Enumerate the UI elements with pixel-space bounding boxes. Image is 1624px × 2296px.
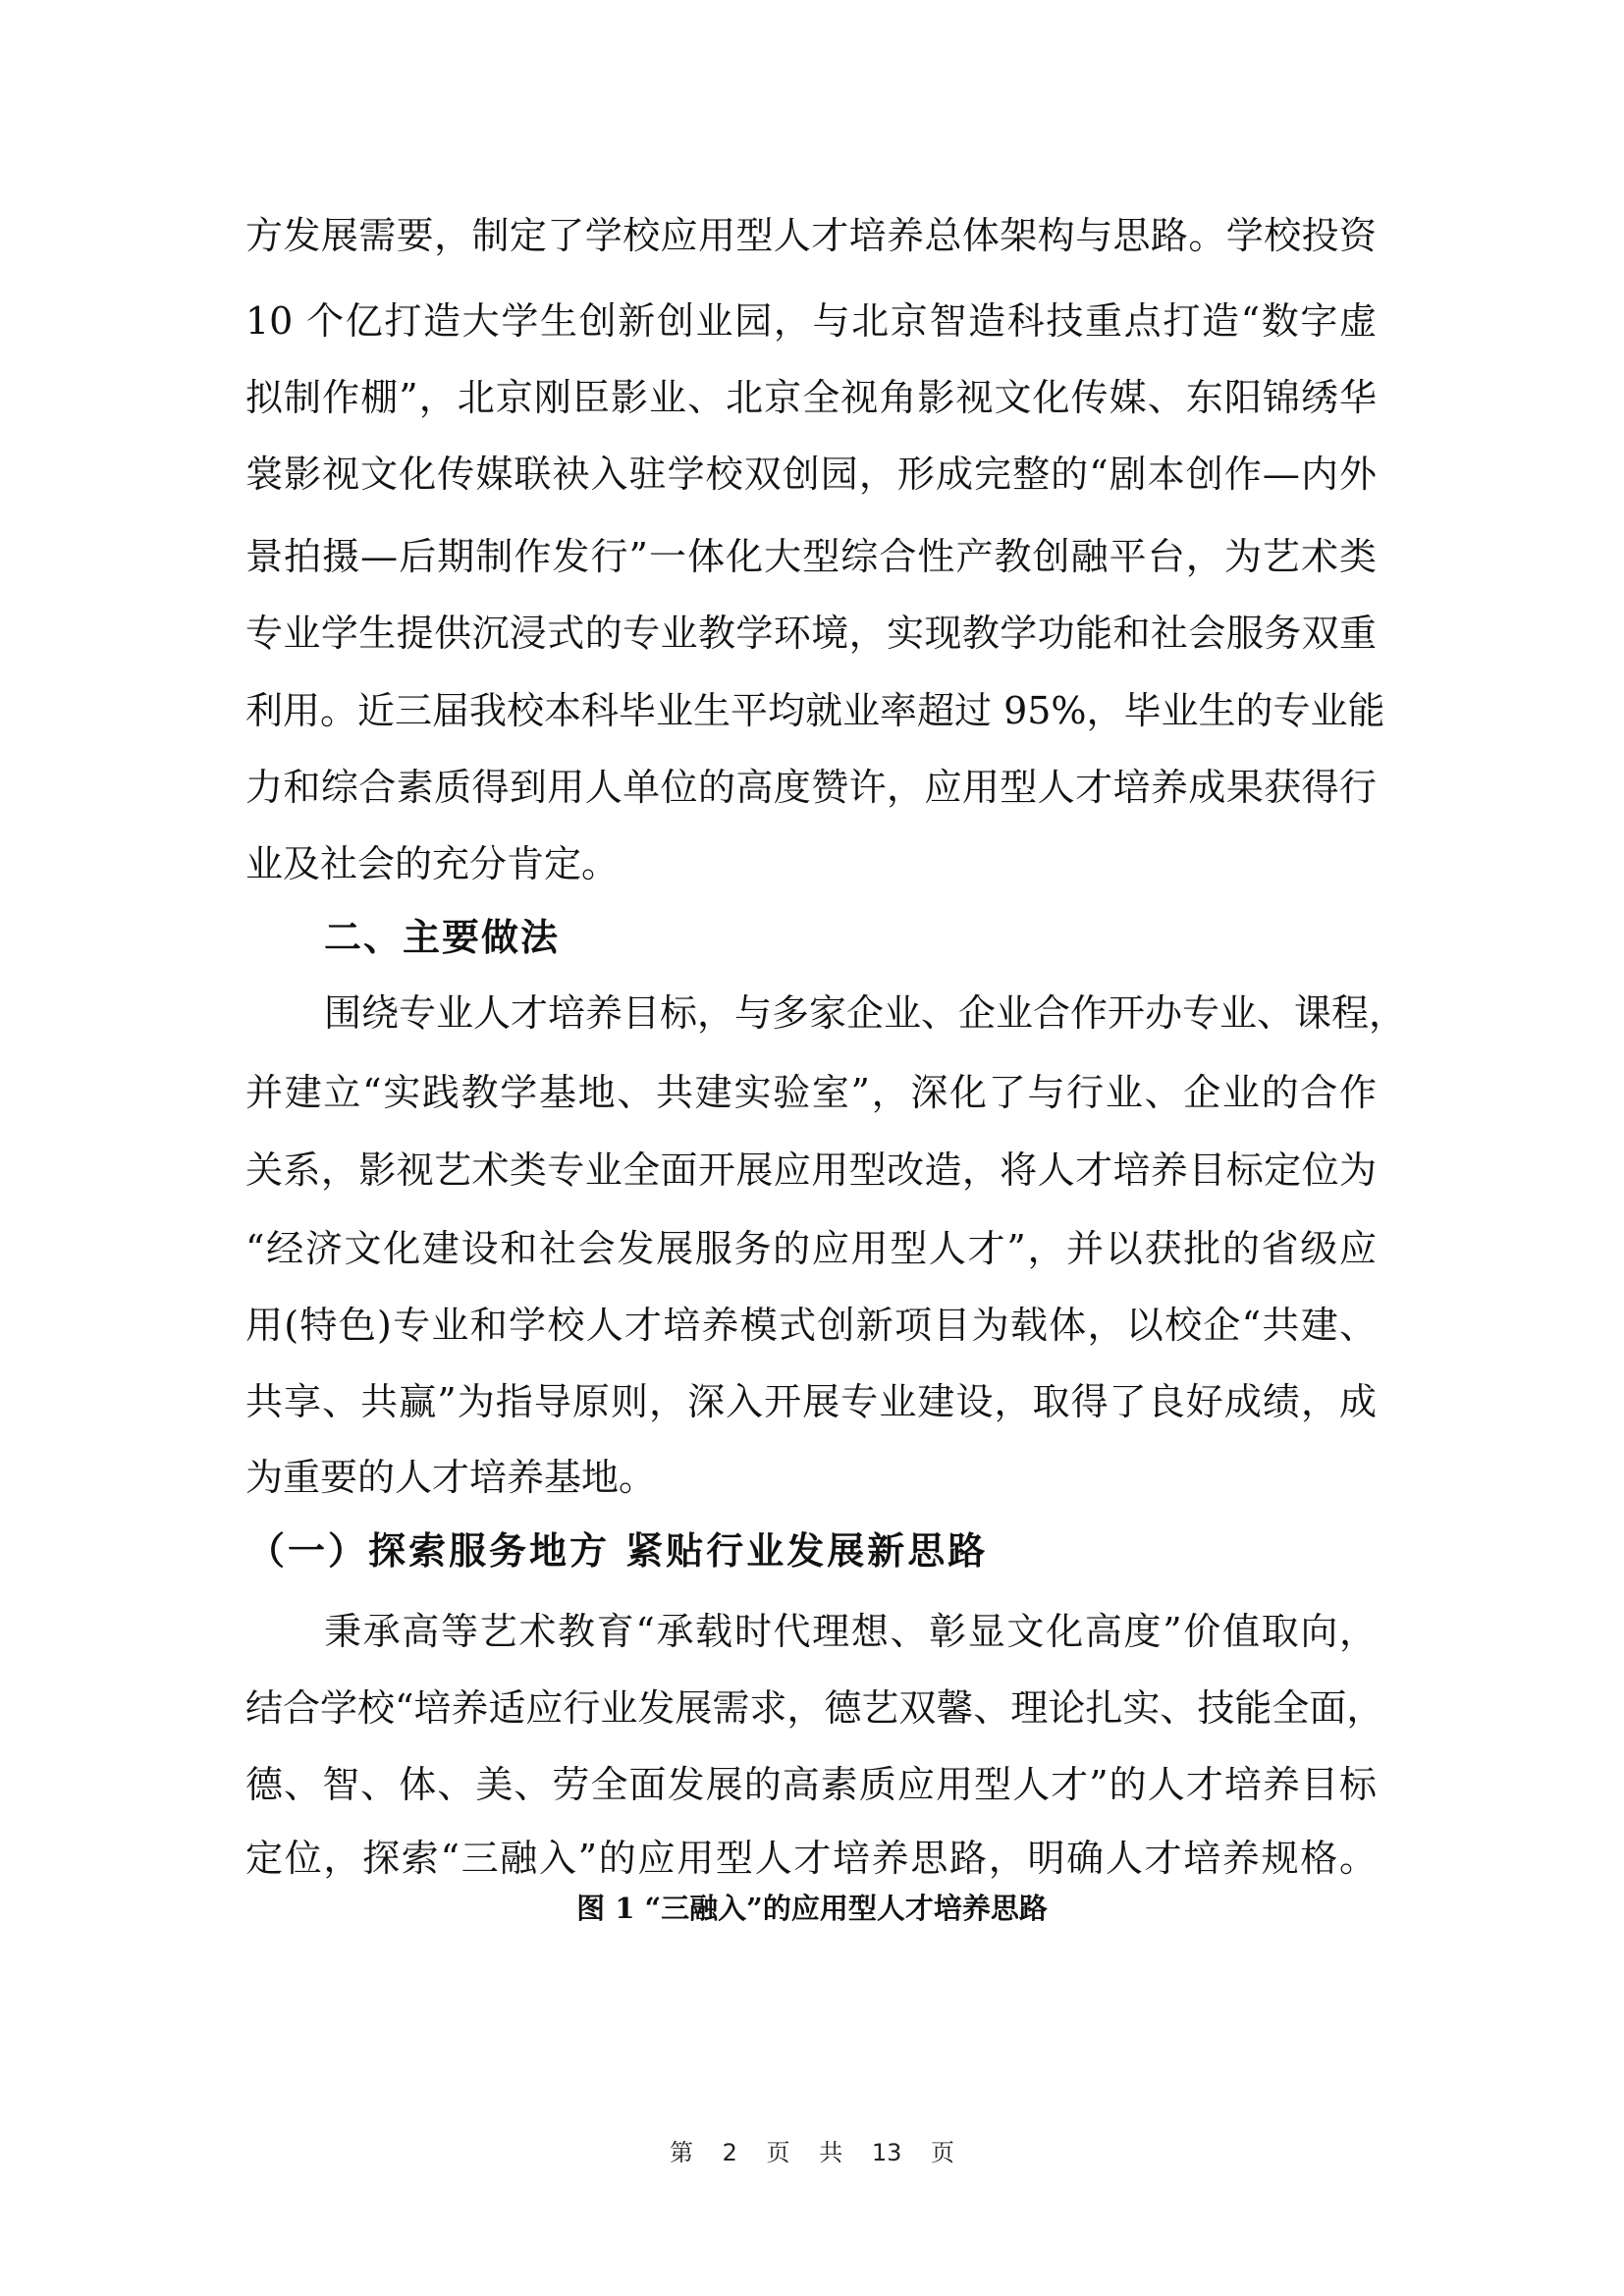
subsection-heading: （一）探索服务地方 紧贴行业发展新思路 [247,1522,988,1580]
paragraph-line: 方发展需要，制定了学校应用型人才培养总体架构与思路。学校投资 [245,206,1377,265]
paragraph-line: 专业学生提供沉浸式的专业教学环境，实现教学功能和社会服务双重 [245,604,1377,663]
paragraph-line: 业及社会的充分肯定。 [245,834,1377,893]
paragraph-line: 利用。近三届我校本科毕业生平均就业率超过 95%，毕业生的专业能 [245,681,1377,740]
paragraph-line: 关系，影视艺术类专业全面开展应用型改造，将人才培养目标定位为 [245,1141,1377,1200]
page-footer: 第 2 页 共 13 页 [0,2136,1624,2169]
paragraph-line: 定位，探索“三融入”的应用型人才培养思路，明确人才培养规格。 [245,1829,1377,1888]
paragraph-line: 秉承高等艺术教育“承载时代理想、彰显文化高度”价值取向， [324,1602,1377,1661]
current-page-number: 2 [723,2139,737,2166]
paragraph-line: 为重要的人才培养基地。 [245,1448,1377,1507]
figure-caption: 图 1 “三融入”的应用型人才培养思路 [0,1889,1624,1928]
paragraph-line: 拟制作棚”，北京刚臣影业、北京全视角影视文化传媒、东阳锦绣华 [245,368,1377,427]
paragraph-line: 用(特色)专业和学校人才培养模式创新项目为载体，以校企“共建、 [245,1296,1377,1355]
footer-total-prefix: 共 [819,2139,842,2166]
document-page: 方发展需要，制定了学校应用型人才培养总体架构与思路。学校投资 10 个亿打造大学… [0,0,1624,2296]
footer-suffix: 页 [931,2139,954,2166]
paragraph-line: “经济文化建设和社会发展服务的应用型人才”，并以获批的省级应 [245,1219,1377,1278]
paragraph-line: 共享、共赢”为指导原则，深入开展专业建设，取得了良好成绩，成 [245,1372,1377,1431]
paragraph-line: 围绕专业人才培养目标，与多家企业、企业合作开办专业、课程， [324,984,1377,1042]
paragraph-line: 结合学校“培养适应行业发展需求，德艺双馨、理论扎实、技能全面， [245,1679,1377,1737]
paragraph-line: 并建立“实践教学基地、共建实验室”，深化了与行业、企业的合作 [245,1063,1377,1122]
footer-prefix: 第 [670,2139,693,2166]
total-pages-number: 13 [872,2139,902,2166]
paragraph-line: 10 个亿打造大学生创新创业园，与北京智造科技重点打造“数字虚 [245,292,1377,350]
footer-page-word: 页 [767,2139,790,2166]
section-heading: 二、主要做法 [324,908,560,967]
paragraph-line: 景拍摄—后期制作发行”一体化大型综合性产教创融平台，为艺术类 [245,527,1377,586]
paragraph-line: 裳影视文化传媒联袂入驻学校双创园，形成完整的“剧本创作—内外 [245,445,1377,504]
paragraph-line: 德、智、体、美、劳全面发展的高素质应用型人才”的人才培养目标 [245,1755,1377,1814]
paragraph-line: 力和综合素质得到用人单位的高度赞许，应用型人才培养成果获得行 [245,758,1377,817]
